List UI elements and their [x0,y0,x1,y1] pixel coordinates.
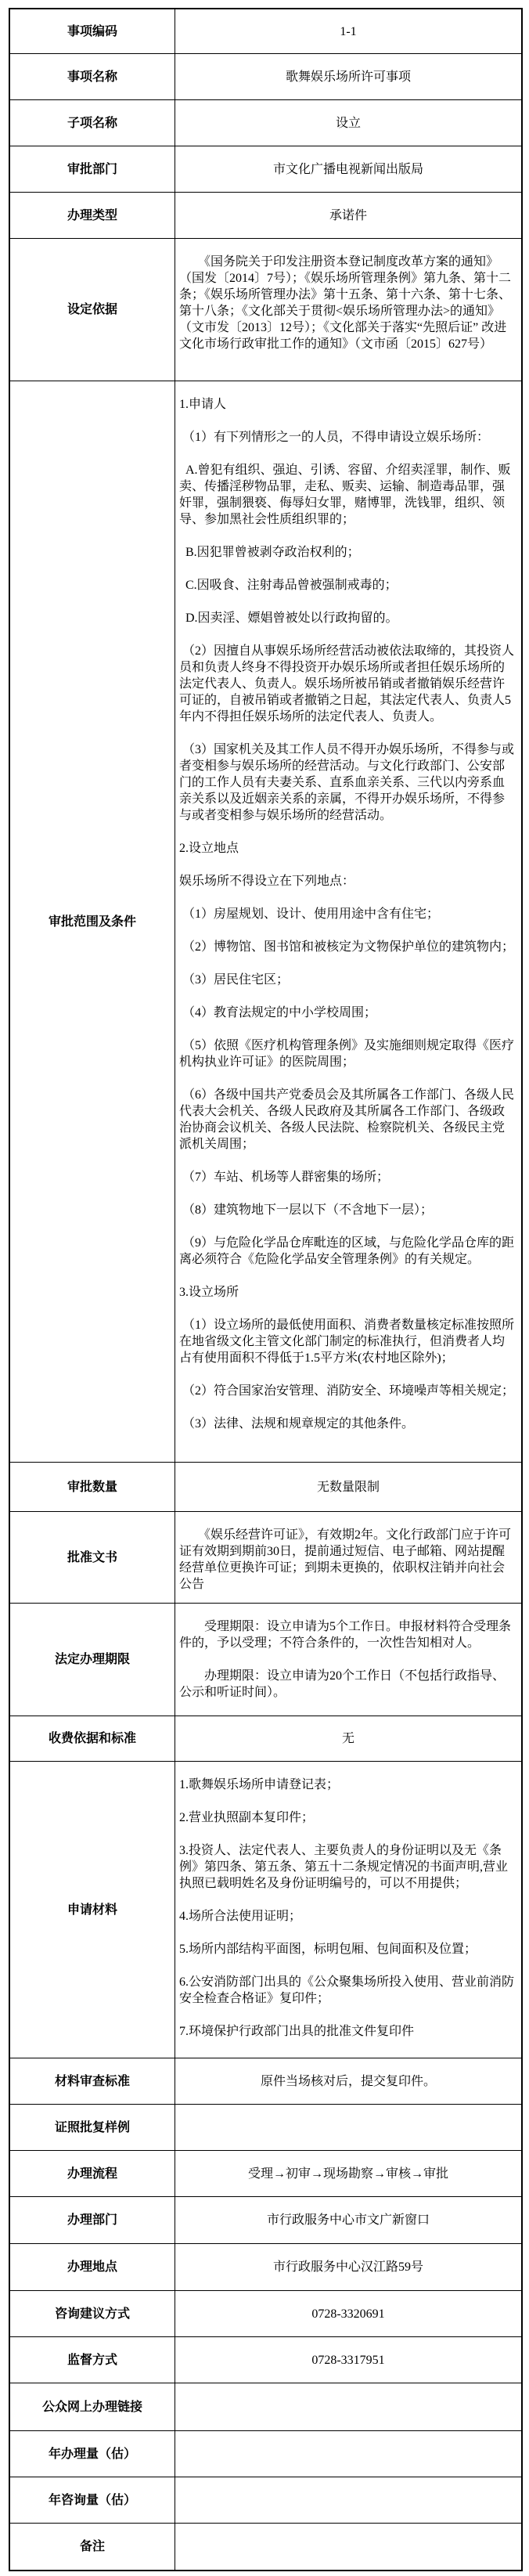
row-item-name: 事项名称 歌舞娱乐场所许可事项 [10,53,521,99]
row-approval-quantity: 审批数量 无数量限制 [10,1462,521,1511]
annual-handling-volume-label: 年办理量（估） [10,2431,175,2477]
approval-document-label: 批准文书 [10,1512,175,1603]
row-material-review-standard: 材料审查标准 原件当场核对后，提交复印件。 [10,2058,521,2104]
consultation-method-value: 0728-3320691 [175,2291,521,2336]
row-handling-type: 办理类型 承诺件 [10,192,521,238]
row-annual-handling-volume: 年办理量（估） [10,2430,521,2477]
row-annual-consultation-volume: 年咨询量（估） [10,2477,521,2523]
fee-basis-standard-value: 无 [175,1716,521,1761]
license-approval-sample-label: 证照批复样例 [10,2105,175,2150]
subitem-name-value: 设立 [175,100,521,146]
row-approval-scope-conditions: 审批范围及条件 1.申请人 （1）有下列情形之一的人员，不得申请设立娱乐场所： … [10,381,521,1462]
application-materials-label: 申请材料 [10,1762,175,2058]
handling-department-label: 办理部门 [10,2197,175,2243]
handling-department-value: 市行政服务中心市文广新窗口 [175,2197,521,2243]
material-review-standard-value: 原件当场核对后，提交复印件。 [175,2058,521,2104]
approval-department-label: 审批部门 [10,146,175,192]
annual-handling-volume-value [175,2431,521,2477]
approval-scope-conditions-label: 审批范围及条件 [10,381,175,1462]
handling-type-value: 承诺件 [175,193,521,238]
remarks-value [175,2524,521,2570]
supervision-method-label: 监督方式 [10,2337,175,2383]
license-approval-sample-value [175,2105,521,2150]
handling-process-label: 办理流程 [10,2151,175,2196]
row-handling-location: 办理地点 市行政服务中心汉江路59号 [10,2243,521,2290]
row-remarks: 备注 [10,2523,521,2570]
row-consultation-method: 咨询建议方式 0728-3320691 [10,2290,521,2336]
row-approval-department: 审批部门 市文化广播电视新闻出版局 [10,146,521,192]
approval-document-value: 《娱乐经营许可证》，有效期2年。文化行政部门应于许可证有效期到期前30日，提前通… [175,1512,521,1603]
annual-consultation-volume-value [175,2477,521,2523]
row-supervision-method: 监督方式 0728-3317951 [10,2336,521,2383]
row-fee-basis-standard: 收费依据和标准 无 [10,1716,521,1761]
supervision-method-value: 0728-3317951 [175,2337,521,2383]
handling-type-label: 办理类型 [10,193,175,238]
row-license-approval-sample: 证照批复样例 [10,2104,521,2150]
item-name-label: 事项名称 [10,54,175,99]
public-online-link-label: 公众网上办理链接 [10,2383,175,2430]
material-review-standard-label: 材料审查标准 [10,2058,175,2104]
approval-quantity-value: 无数量限制 [175,1463,521,1511]
row-handling-department: 办理部门 市行政服务中心市文广新窗口 [10,2196,521,2243]
service-item-detail-table: 事项编码 1-1 事项名称 歌舞娱乐场所许可事项 子项名称 设立 审批部门 市文… [9,8,523,2571]
setting-basis-label: 设定依据 [10,239,175,381]
row-setting-basis: 设定依据 《国务院关于印发注册资本登记制度改革方案的通知》（国发〔2014〕7号… [10,238,521,381]
setting-basis-value: 《国务院关于印发注册资本登记制度改革方案的通知》（国发〔2014〕7号）；《娱乐… [175,239,521,381]
handling-location-value: 市行政服务中心汉江路59号 [175,2244,521,2290]
item-code-label: 事项编码 [10,9,175,53]
approval-department-value: 市文化广播电视新闻出版局 [175,146,521,192]
public-online-link-value [175,2383,521,2430]
fee-basis-standard-label: 收费依据和标准 [10,1716,175,1761]
row-public-online-link: 公众网上办理链接 [10,2383,521,2430]
item-code-value: 1-1 [175,9,521,53]
approval-scope-conditions-value: 1.申请人 （1）有下列情形之一的人员，不得申请设立娱乐场所： A.曾犯有组织、… [175,381,521,1462]
row-approval-document: 批准文书 《娱乐经营许可证》，有效期2年。文化行政部门应于许可证有效期到期前30… [10,1511,521,1603]
statutory-time-limit-label: 法定办理期限 [10,1604,175,1716]
row-subitem-name: 子项名称 设立 [10,99,521,146]
approval-quantity-label: 审批数量 [10,1463,175,1511]
handling-process-value: 受理→初审→现场勘察→审核→审批 [175,2151,521,2196]
subitem-name-label: 子项名称 [10,100,175,146]
annual-consultation-volume-label: 年咨询量（估） [10,2477,175,2523]
application-materials-value: 1.歌舞娱乐场所申请登记表； 2.营业执照副本复印件； 3.投资人、法定代表人、… [175,1762,521,2058]
row-statutory-time-limit: 法定办理期限 受理期限：设立申请为5个工作日。申报材料符合受理条件的，予以受理；… [10,1603,521,1716]
row-handling-process: 办理流程 受理→初审→现场勘察→审核→审批 [10,2150,521,2196]
statutory-time-limit-value: 受理期限：设立申请为5个工作日。申报材料符合受理条件的，予以受理；不符合条件的，… [175,1604,521,1716]
handling-location-label: 办理地点 [10,2244,175,2290]
row-item-code: 事项编码 1-1 [10,9,521,53]
consultation-method-label: 咨询建议方式 [10,2291,175,2336]
remarks-label: 备注 [10,2524,175,2570]
item-name-value: 歌舞娱乐场所许可事项 [175,54,521,99]
row-application-materials: 申请材料 1.歌舞娱乐场所申请登记表； 2.营业执照副本复印件； 3.投资人、法… [10,1761,521,2058]
